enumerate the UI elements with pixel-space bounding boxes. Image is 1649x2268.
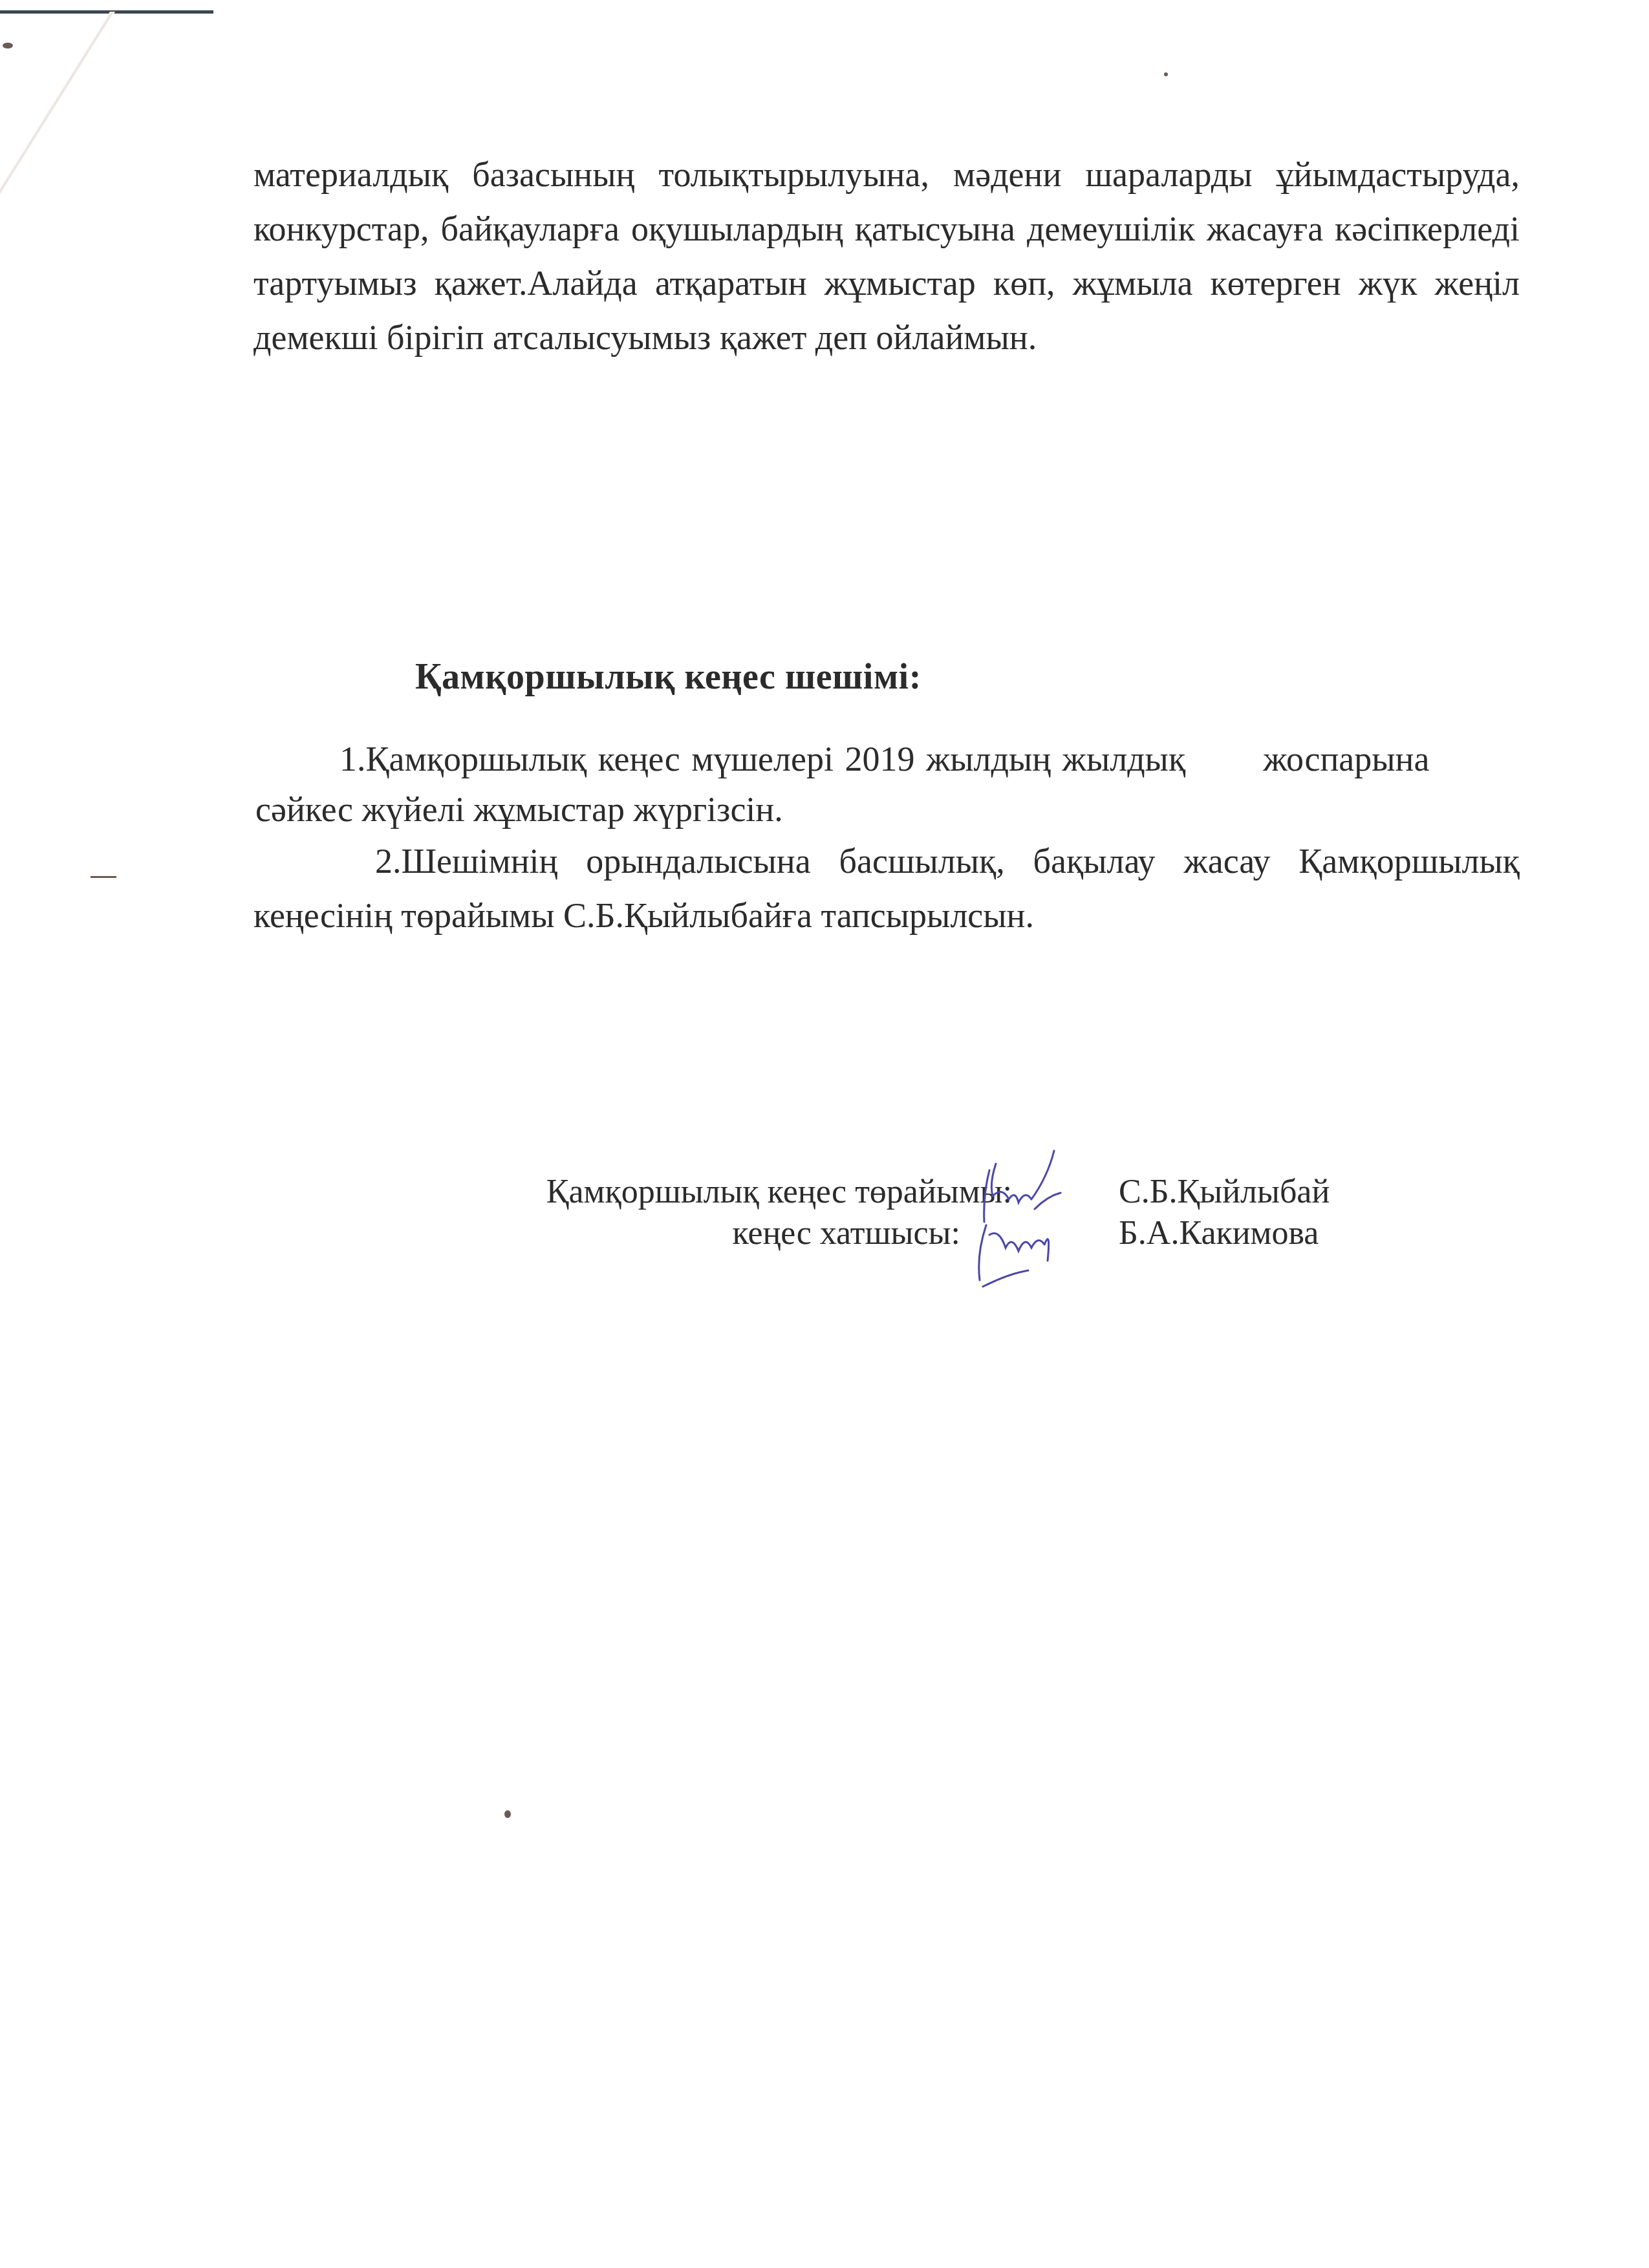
handwritten-signatures-icon [970,1138,1119,1293]
secretary-name: Б.А.Какимова [1119,1210,1319,1257]
chair-name: С.Б.Қыйлыбай [1119,1169,1330,1215]
scan-speck [91,876,116,878]
decision-item-1-text: 1.Қамқоршылық кеңес мүшелері 2019 жылдың… [339,740,1185,778]
body-paragraph: материалдық базасының толықтырылуына, мә… [253,147,1520,365]
chair-role-label: Қамқоршылық кеңес төрайымы: [546,1169,1012,1215]
decision-item-1-text-end: жоспарына [1263,740,1429,778]
scan-speck [3,43,13,48]
scan-speck [504,1810,511,1818]
decision-item-1-line-2: сәйкес жүйелі жұмыстар жүргізсін. [255,782,783,837]
scan-speck [1164,72,1168,76]
secretary-role-label: кеңес хатшысы: [732,1210,960,1257]
decision-item-2: 2.Шешімнің орындалысына басшылық, бақыла… [253,834,1520,943]
scan-fold-line [0,12,115,199]
decision-heading: Қамқоршылық кеңес шешімі: [415,656,921,698]
decision-item-1-line-1: 1.Қамқоршылық кеңес мүшелері 2019 жылдың… [339,732,1491,786]
scan-edge-top [0,10,213,14]
